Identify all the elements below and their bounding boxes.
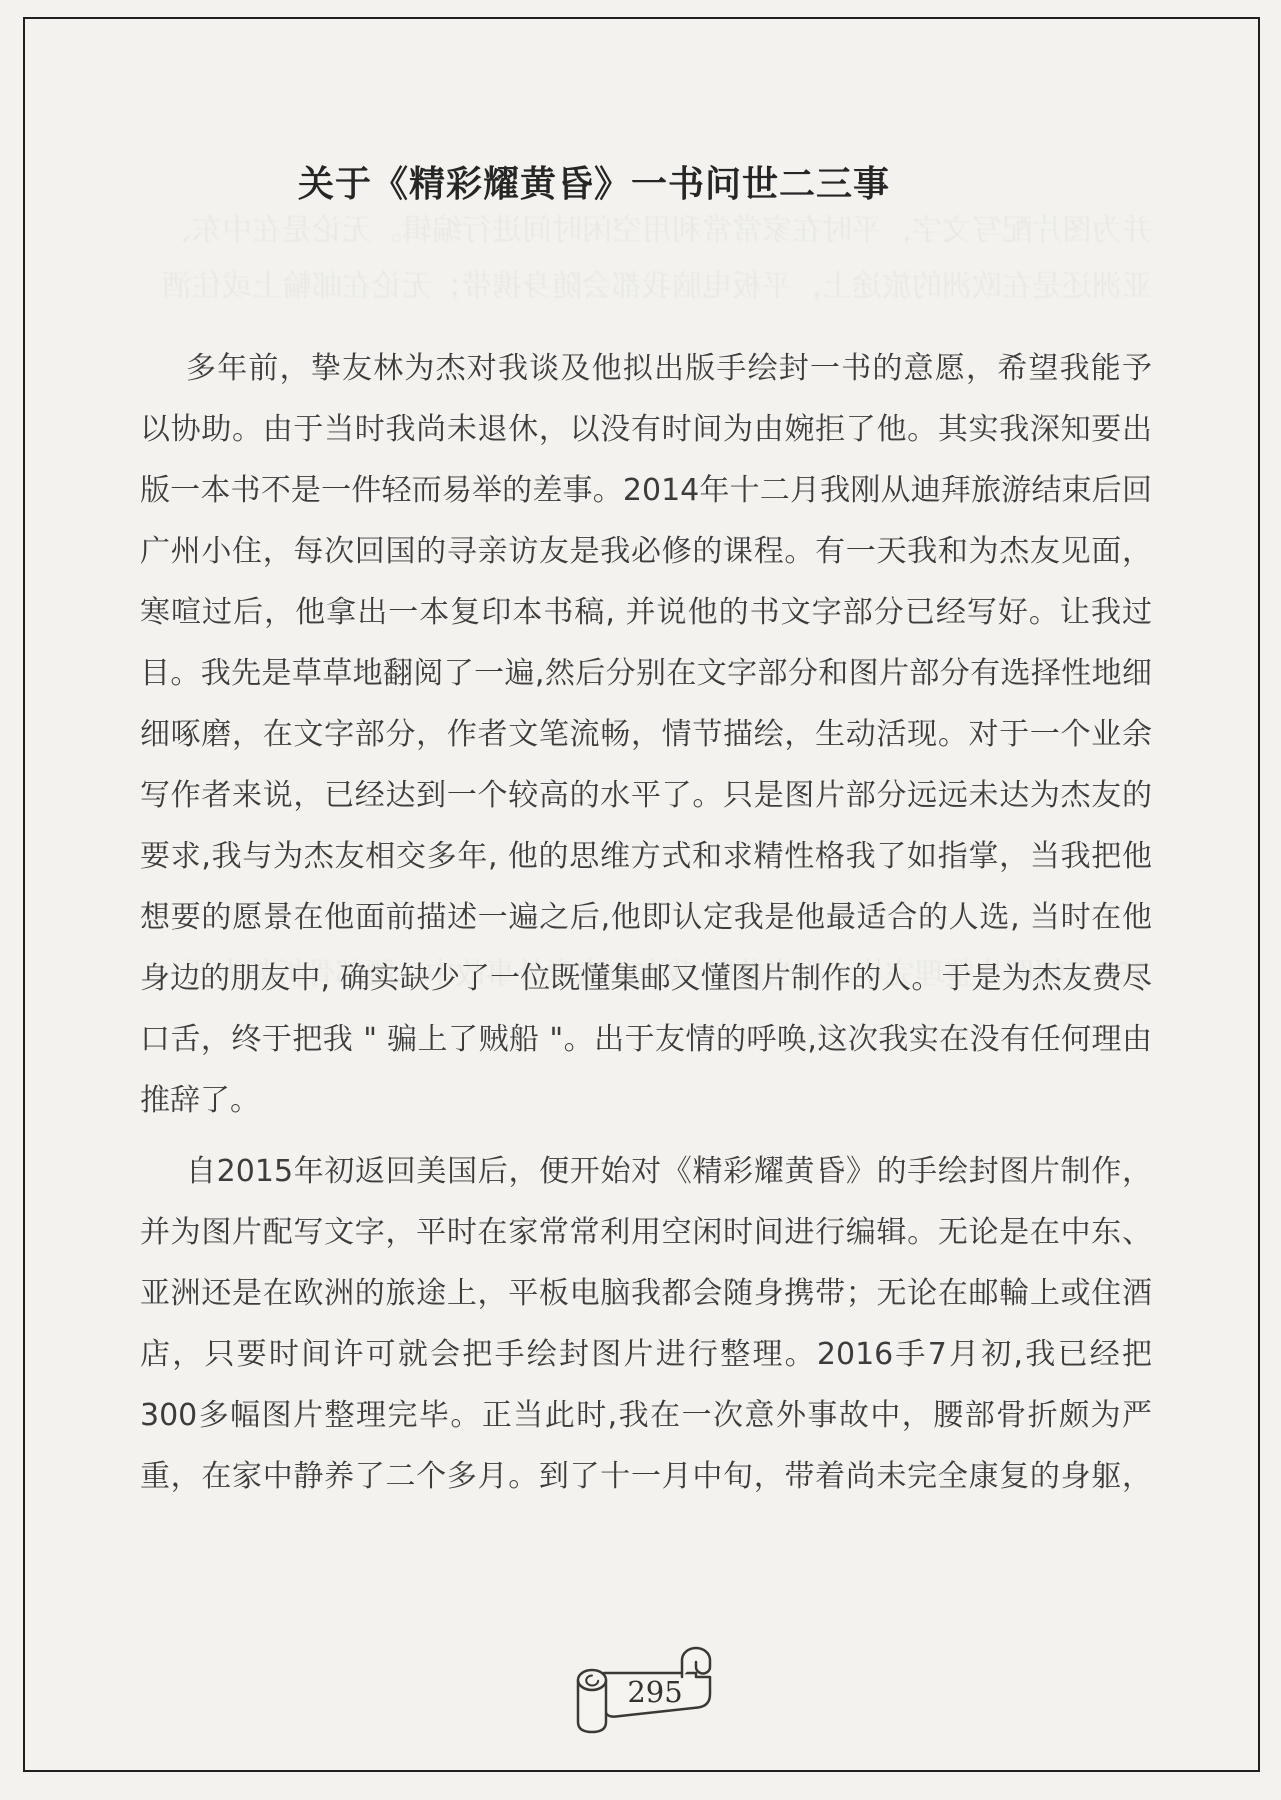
paragraph: 多年前，挚友林为杰对我谈及他拟出版手绘封一书的意愿，希望我能予以协助。由于当时我… <box>140 338 1152 1131</box>
page-number: 295 <box>627 1675 682 1709</box>
text-line: 想要的愿景在他面前描述一遍之后,他即认定我是他最适合的人选, 当时在他 <box>140 887 1152 948</box>
paragraph: 自2015年初返回美国后，便开始对《精彩耀黄昏》的手绘封图片制作，并为图片配写文… <box>140 1141 1152 1507</box>
text-line: 亚洲还是在欧洲的旅途上，平板电脑我都会随身携带；无论在邮輪上或住酒 <box>140 1263 1152 1324</box>
text-line: 寒喧过后，他拿出一本复印本书稿, 并说他的书文字部分已经写好。让我过 <box>140 582 1152 643</box>
text-line: 口舌，终于把我 " 骗上了贼船 "。出于友情的呼唤,这次我实在没有任何理由 <box>140 1009 1152 1070</box>
text-line: 店，只要时间许可就会把手绘封图片进行整理。2016手7月初,我已经把 <box>140 1324 1152 1385</box>
scroll-banner-icon: 295 <box>570 1642 720 1742</box>
scanned-book-page: 关于《精彩耀黄昏》一书问世二三事 多年前，挚友林为杰对我谈及他拟出版手绘封一书的… <box>0 0 1281 1800</box>
text-line: 重，在家中静养了二个多月。到了十一月中旬，带着尚未完全康复的身躯， <box>140 1446 1152 1507</box>
text-line: 细啄磨，在文字部分，作者文笔流畅，情节描绘，生动活现。对于一个业余 <box>140 704 1152 765</box>
text-line: 并为图片配写文字，平时在家常常利用空闲时间进行编辑。无论是在中东、 <box>140 1202 1152 1263</box>
text-line: 多年前，挚友林为杰对我谈及他拟出版手绘封一书的意愿，希望我能予 <box>140 338 1152 399</box>
text-line: 推辞了。 <box>140 1070 1152 1131</box>
text-line: 写作者来说，已经达到一个较高的水平了。只是图片部分远远未达为杰友的 <box>140 765 1152 826</box>
body-text: 多年前，挚友林为杰对我谈及他拟出版手绘封一书的意愿，希望我能予以协助。由于当时我… <box>140 338 1152 1507</box>
text-line: 身边的朋友中, 确实缺少了一位既懂集邮又懂图片制作的人。于是为杰友费尽 <box>140 948 1152 1009</box>
text-line: 300多幅图片整理完毕。正当此时,我在一次意外事故中，腰部骨折颇为严 <box>140 1385 1152 1446</box>
page-title: 关于《精彩耀黄昏》一书问世二三事 <box>298 156 890 207</box>
text-line: 目。我先是草草地翻阅了一遍,然后分别在文字部分和图片部分有选择性地细 <box>140 643 1152 704</box>
text-line: 广州小住，每次回国的寻亲访友是我必修的课程。有一天我和为杰友见面， <box>140 521 1152 582</box>
bleed-through-text: 亚洲还是在欧洲的旅途上，平板电脑我都会随身携带；无论在邮輪上或住酒 <box>140 258 1152 316</box>
text-line: 要求,我与为杰友相交多年, 他的思维方式和求精性格我了如指掌，当我把他 <box>140 826 1152 887</box>
text-line: 以协助。由于当时我尚未退休，以没有时间为由婉拒了他。其实我深知要出 <box>140 399 1152 460</box>
bleed-through-text: 并为图片配写文字，平时在家常常利用空闲时间进行编辑。无论是在中东、 <box>140 202 1152 260</box>
text-line: 版一本书不是一件轻而易举的差事。2014年十二月我刚从迪拜旅游结束后回 <box>140 460 1152 521</box>
text-line: 自2015年初返回美国后，便开始对《精彩耀黄昏》的手绘封图片制作， <box>140 1141 1152 1202</box>
page-number-scroll: 295 <box>570 1642 720 1742</box>
